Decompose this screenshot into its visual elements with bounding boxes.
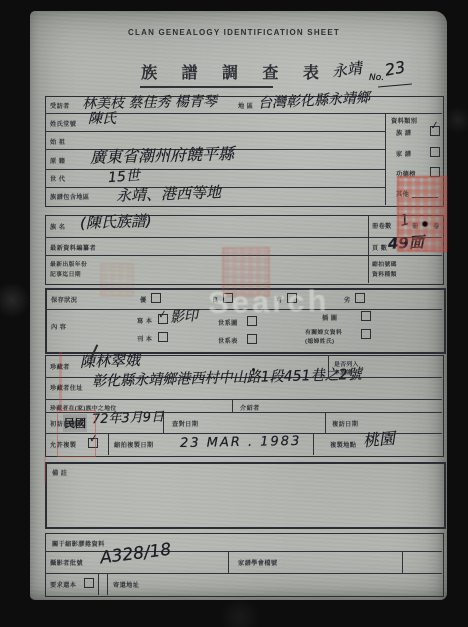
surname-value: 陳氏: [88, 112, 116, 126]
red-seal-stamp: [397, 176, 447, 252]
book-name-value: (陳氏族譜): [80, 214, 152, 231]
material-type-label: 資料種類: [372, 269, 397, 278]
book-name-label: 族 名: [50, 222, 65, 231]
red-streak: [59, 352, 62, 412]
category-option-label: 族 譜: [396, 128, 411, 137]
coverage-value: 永靖、港西等地: [116, 185, 221, 204]
condition-checkbox-excellent: [151, 293, 161, 303]
category-checkbox-family: [430, 147, 440, 157]
red-seal-ghost: [100, 263, 134, 297]
condition-option-label: 優: [140, 295, 147, 304]
origin-value: 廣東省潮州府饒平縣: [90, 146, 234, 166]
scan-watermark: Search: [208, 283, 330, 321]
origin-label: 原 籍: [50, 156, 65, 165]
volumes-label: 冊卷數: [372, 221, 392, 230]
lineage-table-checkbox: [247, 334, 257, 344]
introducer-label: 介紹者: [240, 403, 260, 412]
first-visit-date-value: 72年3月9日: [92, 411, 165, 427]
first-ancestor-label: 始 祖: [50, 137, 65, 146]
category-title: 資料類別: [391, 116, 417, 125]
copy-date-value: 23 MAR . 1983: [180, 435, 302, 450]
manuscript-checkmark: ✓: [157, 308, 168, 320]
photographer-no-label: 攝影者批號: [50, 558, 83, 567]
area-label: 地 區: [238, 101, 253, 110]
serial-no-label: No.: [369, 74, 384, 83]
film-no-label: 縮拍號碼: [372, 259, 397, 268]
chinese-title: 族 譜 調 查 表: [140, 60, 330, 83]
red-streak-small: [44, 455, 46, 483]
ink-dot: [252, 368, 255, 371]
remarks-table: [45, 462, 446, 529]
return-request-label: 要求還本: [50, 580, 76, 589]
copy-place-label: 複製地點: [330, 440, 356, 449]
editor-label: 最新資料編纂者: [50, 243, 96, 252]
pub-year-label: 最新出版年份: [50, 259, 87, 268]
serial-number-handwriting: 23: [384, 59, 407, 78]
copy-date-label: 縮拍複製日期: [114, 440, 154, 449]
women-data-sublabel: (媳婦姓氏): [305, 336, 334, 345]
copy-place-value: 桃園: [362, 431, 395, 450]
gs-archive-no-label: 家譜學會檔號: [238, 558, 278, 567]
manuscript-label: 寫 本: [137, 316, 152, 325]
women-data-label: 有關婦女資料: [305, 327, 342, 336]
printed-checkbox: [158, 332, 168, 342]
english-title: CLAN GENEALOGY IDENTIFICATION SHEET: [0, 28, 468, 37]
revisit-date-label: 複訪日期: [332, 419, 358, 428]
keeper-address-label: 珍藏者住址: [50, 383, 83, 392]
return-request-checkbox: [84, 578, 94, 588]
check-date-label: 查對日期: [172, 419, 198, 428]
manuscript-note-handwriting: 影印: [170, 309, 199, 325]
condition-option-label: 劣: [344, 295, 351, 304]
condition-label: 保存狀況: [51, 295, 77, 304]
condition-checkbox-poor: [355, 293, 365, 303]
interviewee-label: 受訪者: [50, 101, 70, 110]
generation-label: 世 代: [50, 174, 65, 183]
surname-hall-label: 姓氏堂號: [50, 119, 76, 128]
remarks-label: 備 註: [52, 468, 67, 477]
record-until-label: 記事迄日期: [50, 269, 81, 278]
microfilm-section-label: 關于縮影膠捲資料: [52, 539, 105, 548]
serial-prefix-handwriting: 永靖: [331, 61, 363, 80]
coverage-label: 族譜包含地區: [50, 192, 90, 201]
microfilm-frame: CLAN GENEALOGY IDENTIFICATION SHEET 族 譜 …: [0, 0, 468, 627]
keeper-value: 陳林翠娥: [80, 353, 141, 370]
illustration-checkbox: [361, 311, 371, 321]
dust-speck: [422, 221, 428, 227]
content-label: 內 容: [51, 322, 66, 331]
return-address-label: 寄還地址: [113, 580, 139, 589]
category-option-label: 家 譜: [396, 149, 411, 158]
title-underline: [140, 86, 273, 88]
lineage-table-label: 世系表: [218, 336, 238, 345]
red-stamp-box: [57, 410, 96, 457]
pages-label: 頁 數: [372, 243, 387, 252]
women-data-checkbox: [361, 329, 371, 339]
printed-label: 刊 本: [137, 334, 152, 343]
generation-value: 15世: [108, 169, 141, 185]
interviewee-value: 林美枝 蔡佳秀 楊青琴: [82, 95, 217, 111]
category-checkmark-clan: ✓: [429, 119, 440, 131]
